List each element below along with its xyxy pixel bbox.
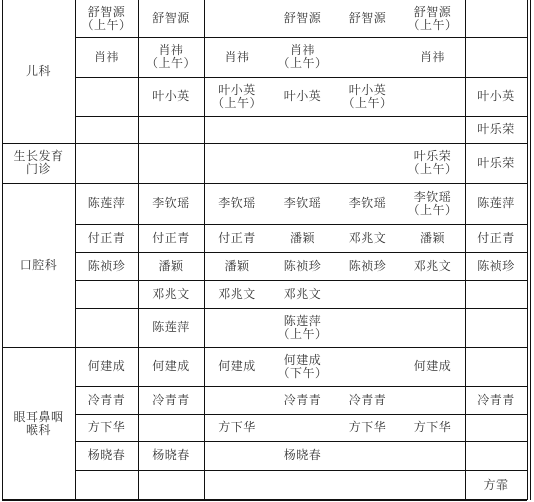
doctor-name: 舒智源 xyxy=(284,12,322,25)
schedule-cell xyxy=(465,347,527,386)
doctor-name: 方下华 xyxy=(218,421,256,434)
doctor-name: 付正青 xyxy=(152,232,190,245)
doctor-name: 叶小英 xyxy=(349,84,387,97)
schedule-cell: 方下华 xyxy=(400,414,465,441)
session-note: （上午） xyxy=(407,163,457,176)
doctor-name: 李钦瑶 xyxy=(152,197,190,210)
doctor-name: 陈祯珍 xyxy=(349,260,387,273)
schedule-cell xyxy=(75,143,138,183)
schedule-cell: 陈祯珍 xyxy=(465,252,527,280)
schedule-cell: 叶乐荣（上午） xyxy=(400,143,465,183)
doctor-name: 李钦瑶 xyxy=(218,197,256,210)
doctor-name: 叶小英 xyxy=(284,90,322,103)
department-name: 门诊 xyxy=(26,163,51,176)
doctor-name: 陈莲萍 xyxy=(477,197,515,210)
schedule-cell: 邓兆文 xyxy=(400,252,465,280)
schedule-cell xyxy=(465,0,527,37)
schedule-cell: 叶乐荣 xyxy=(465,116,527,143)
schedule-cell xyxy=(75,77,138,116)
schedule-cell xyxy=(335,441,400,470)
doctor-name: 何建成 xyxy=(152,360,190,373)
schedule-cell: 舒智源 xyxy=(335,0,400,37)
schedule-cell: 肖祎 xyxy=(400,37,465,77)
doctor-name: 付正青 xyxy=(218,232,256,245)
session-note: （上午） xyxy=(277,328,327,341)
schedule-cell xyxy=(400,77,465,116)
department-label: 口腔科 xyxy=(2,183,75,347)
doctor-name: 陈祯珍 xyxy=(284,260,322,273)
doctor-name: 舒智源 xyxy=(152,12,190,25)
session-note: （上午） xyxy=(407,204,457,217)
schedule-cell: 冷青青 xyxy=(75,386,138,414)
schedule-cell xyxy=(465,37,527,77)
schedule-cell xyxy=(138,470,204,500)
doctor-name: 冷青青 xyxy=(88,394,126,407)
schedule-cell: 方下华 xyxy=(75,414,138,441)
session-note: （下午） xyxy=(277,367,327,380)
doctor-name: 舒智源 xyxy=(88,6,126,19)
schedule-cell: 李钦瑶 xyxy=(270,183,335,224)
schedule-cell: 舒智源 xyxy=(138,0,204,37)
schedule-cell xyxy=(75,308,138,347)
schedule-cell: 冷青青 xyxy=(335,386,400,414)
session-note: （上午） xyxy=(212,97,262,110)
schedule-cell: 杨晓春 xyxy=(75,441,138,470)
schedule-cell: 冷青青 xyxy=(270,386,335,414)
doctor-name: 方下华 xyxy=(88,421,126,434)
schedule-cell xyxy=(138,116,204,143)
schedule-cell xyxy=(465,280,527,308)
schedule-cell: 付正青 xyxy=(204,224,270,252)
doctor-name: 陈祯珍 xyxy=(88,260,126,273)
session-note: （上午） xyxy=(81,19,131,32)
session-note: （上午） xyxy=(407,19,457,32)
doctor-name: 陈莲萍 xyxy=(88,197,126,210)
doctor-name: 冷青青 xyxy=(349,394,387,407)
schedule-cell: 邓兆文 xyxy=(204,280,270,308)
doctor-name: 潘颖 xyxy=(290,232,315,245)
schedule-cell: 肖祎（上午） xyxy=(270,37,335,77)
doctor-name: 叶乐荣 xyxy=(477,123,515,136)
schedule-cell xyxy=(270,470,335,500)
doctor-name: 李钦瑶 xyxy=(284,197,322,210)
schedule-cell xyxy=(335,116,400,143)
doctor-name: 方霏 xyxy=(483,479,508,492)
department-label: 眼耳鼻咽喉科 xyxy=(2,347,75,500)
schedule-cell: 邓兆文 xyxy=(270,280,335,308)
doctor-name: 邓兆文 xyxy=(152,288,190,301)
schedule-cell: 舒智源（上午） xyxy=(75,0,138,37)
doctor-name: 冷青青 xyxy=(284,394,322,407)
doctor-name: 邓兆文 xyxy=(218,288,256,301)
doctor-name: 何建成 xyxy=(88,360,126,373)
doctor-name: 邓兆文 xyxy=(284,288,322,301)
schedule-cell: 叶乐荣 xyxy=(465,143,527,183)
schedule-cell: 冷青青 xyxy=(465,386,527,414)
doctor-name: 陈祯珍 xyxy=(477,260,515,273)
schedule-cell: 何建成（下午） xyxy=(270,347,335,386)
schedule-cell xyxy=(335,143,400,183)
schedule-cell: 潘颖 xyxy=(270,224,335,252)
schedule-cell: 李钦瑶 xyxy=(204,183,270,224)
session-note: （上午） xyxy=(146,57,196,70)
schedule-cell: 方下华 xyxy=(204,414,270,441)
doctor-name: 陈莲萍 xyxy=(284,315,322,328)
doctor-name: 付正青 xyxy=(88,232,126,245)
doctor-name: 李钦瑶 xyxy=(349,197,387,210)
schedule-cell: 叶小英 xyxy=(270,77,335,116)
schedule-cell xyxy=(75,116,138,143)
doctor-name: 肖祎 xyxy=(94,51,119,64)
schedule-cell xyxy=(335,470,400,500)
schedule-cell: 舒智源（上午） xyxy=(400,0,465,37)
schedule-cell xyxy=(204,441,270,470)
doctor-name: 肖祎 xyxy=(224,51,249,64)
doctor-name: 舒智源 xyxy=(414,6,452,19)
schedule-cell xyxy=(465,414,527,441)
doctor-name: 方下华 xyxy=(414,421,452,434)
department-name: 儿科 xyxy=(26,65,51,78)
department-label: 生长发育门诊 xyxy=(2,143,75,183)
schedule-cell xyxy=(75,280,138,308)
doctor-name: 叶乐荣 xyxy=(477,157,515,170)
doctor-name: 叶小英 xyxy=(218,84,256,97)
schedule-cell xyxy=(204,143,270,183)
schedule-cell: 冷青青 xyxy=(138,386,204,414)
department-name: 眼耳鼻咽 xyxy=(13,411,63,424)
table-border-right-outer xyxy=(530,0,531,500)
schedule-cell: 李钦瑶 xyxy=(335,183,400,224)
session-note: （上午） xyxy=(277,57,327,70)
schedule-cell xyxy=(400,116,465,143)
schedule-cell: 陈莲萍 xyxy=(465,183,527,224)
doctor-name: 陈莲萍 xyxy=(152,321,190,334)
schedule-cell: 叶小英 xyxy=(465,77,527,116)
department-label: 儿科 xyxy=(2,0,75,143)
schedule-cell xyxy=(465,308,527,347)
schedule-cell xyxy=(204,470,270,500)
schedule-cell: 李钦瑶（上午） xyxy=(400,183,465,224)
schedule-cell xyxy=(138,143,204,183)
doctor-name: 何建成 xyxy=(414,360,452,373)
schedule-cell: 潘颖 xyxy=(138,252,204,280)
schedule-cell xyxy=(335,280,400,308)
doctor-name: 潘颖 xyxy=(224,260,249,273)
doctor-name: 李钦瑶 xyxy=(414,191,452,204)
schedule-cell: 陈莲萍（上午） xyxy=(270,308,335,347)
schedule-cell: 肖祎 xyxy=(75,37,138,77)
schedule-cell: 肖祎（上午） xyxy=(138,37,204,77)
schedule-cell: 邓兆文 xyxy=(335,224,400,252)
schedule-cell xyxy=(335,347,400,386)
schedule-cell xyxy=(204,386,270,414)
schedule-cell xyxy=(335,37,400,77)
schedule-cell: 陈祯珍 xyxy=(270,252,335,280)
schedule-cell xyxy=(138,414,204,441)
doctor-name: 潘颖 xyxy=(158,260,183,273)
schedule-cell: 何建成 xyxy=(138,347,204,386)
doctor-name: 何建成 xyxy=(284,354,322,367)
doctor-name: 邓兆文 xyxy=(349,232,387,245)
schedule-cell: 陈祯珍 xyxy=(75,252,138,280)
schedule-cell: 陈莲萍 xyxy=(75,183,138,224)
schedule-cell xyxy=(465,441,527,470)
schedule-table: 儿科舒智源（上午）舒智源舒智源舒智源舒智源（上午）肖祎肖祎（上午）肖祎肖祎（上午… xyxy=(2,0,528,500)
schedule-cell xyxy=(75,470,138,500)
schedule-cell: 杨晓春 xyxy=(138,441,204,470)
schedule-cell: 杨晓春 xyxy=(270,441,335,470)
doctor-name: 冷青青 xyxy=(152,394,190,407)
schedule-cell xyxy=(204,308,270,347)
schedule-cell xyxy=(270,414,335,441)
schedule-cell: 叶小英（上午） xyxy=(204,77,270,116)
doctor-name: 冷青青 xyxy=(477,394,515,407)
schedule-cell xyxy=(204,0,270,37)
schedule-cell: 叶小英 xyxy=(138,77,204,116)
schedule-cell: 李钦瑶 xyxy=(138,183,204,224)
schedule-cell xyxy=(270,116,335,143)
table-border-right xyxy=(527,0,528,500)
doctor-name: 何建成 xyxy=(218,360,256,373)
doctor-name: 方下华 xyxy=(349,421,387,434)
schedule-cell: 方下华 xyxy=(335,414,400,441)
doctor-name: 肖祎 xyxy=(420,51,445,64)
schedule-cell: 舒智源 xyxy=(270,0,335,37)
schedule-cell xyxy=(400,280,465,308)
department-name: 喉科 xyxy=(26,424,51,437)
schedule-cell: 付正青 xyxy=(138,224,204,252)
schedule-cell xyxy=(335,308,400,347)
schedule-cell: 陈祯珍 xyxy=(335,252,400,280)
session-note: （上午） xyxy=(342,97,392,110)
doctor-name: 舒智源 xyxy=(349,12,387,25)
schedule-cell: 肖祎 xyxy=(204,37,270,77)
doctor-name: 叶小英 xyxy=(152,90,190,103)
schedule-cell: 何建成 xyxy=(204,347,270,386)
schedule-cell: 潘颖 xyxy=(400,224,465,252)
schedule-cell xyxy=(400,386,465,414)
schedule-cell: 方霏 xyxy=(465,470,527,500)
schedule-cell xyxy=(204,116,270,143)
schedule-cell xyxy=(400,441,465,470)
schedule-cell xyxy=(400,308,465,347)
schedule-cell xyxy=(270,143,335,183)
doctor-name: 叶小英 xyxy=(477,90,515,103)
schedule-cell: 何建成 xyxy=(75,347,138,386)
doctor-name: 付正青 xyxy=(477,232,515,245)
doctor-name: 潘颖 xyxy=(420,232,445,245)
schedule-cell: 何建成 xyxy=(400,347,465,386)
doctor-name: 杨晓春 xyxy=(284,449,322,462)
schedule-cell: 陈莲萍 xyxy=(138,308,204,347)
schedule-cell: 叶小英（上午） xyxy=(335,77,400,116)
schedule-cell: 邓兆文 xyxy=(138,280,204,308)
schedule-cell: 付正青 xyxy=(75,224,138,252)
schedule-cell xyxy=(400,470,465,500)
schedule-cell: 付正青 xyxy=(465,224,527,252)
schedule-cell: 潘颖 xyxy=(204,252,270,280)
doctor-name: 杨晓春 xyxy=(88,449,126,462)
doctor-name: 邓兆文 xyxy=(414,260,452,273)
department-name: 口腔科 xyxy=(20,259,58,272)
doctor-name: 杨晓春 xyxy=(152,449,190,462)
